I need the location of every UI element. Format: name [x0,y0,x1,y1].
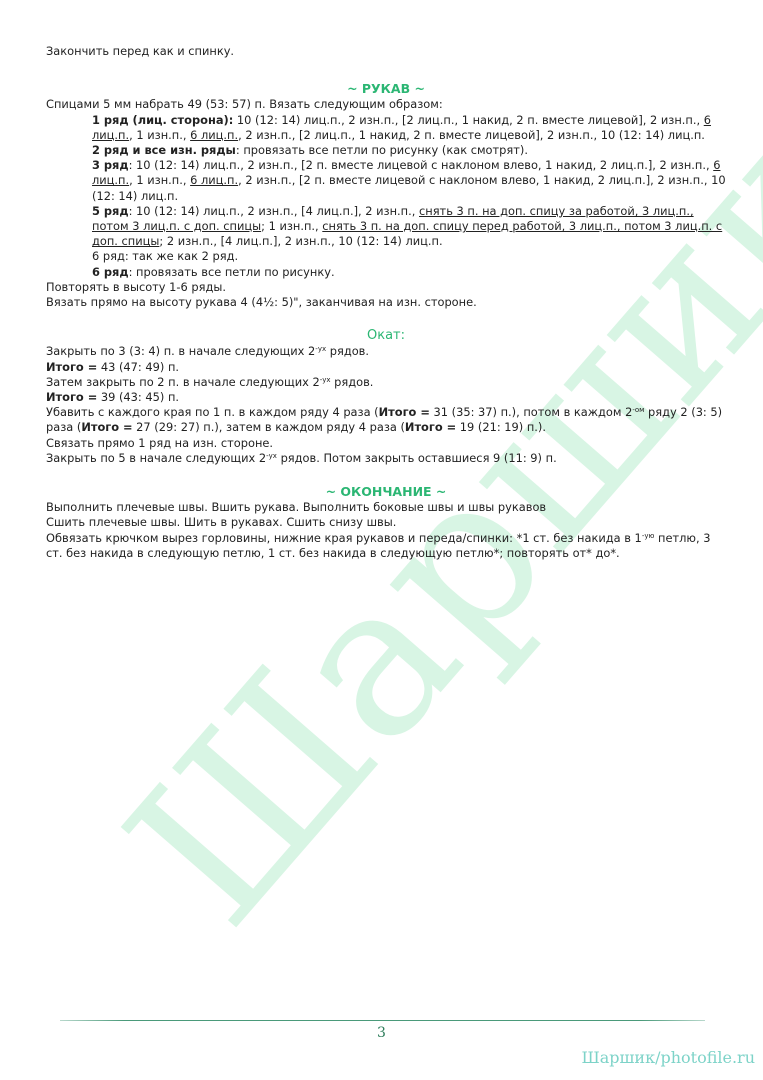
underlined-text: 6 лиц.п. [190,173,238,187]
row-text: 10 (12: 14) лиц.п., 2 изн.п., [2 лиц.п.,… [233,113,703,127]
row-text: : 10 (12: 14) лиц.п., 2 изн.п., [2 п. вм… [129,158,714,172]
row-text: : провязать все петли по рисунку (как см… [236,143,528,157]
sleeve-repeat: Повторять в высоту 1-6 ряды. [46,280,726,295]
total-label: Итого = [46,390,97,404]
document-page: Закончить перед как и спинку. ~ РУКАВ ~ … [46,44,726,561]
sleeve-row-3: 3 ряд: 10 (12: 14) лиц.п., 2 изн.п., [2 … [46,158,726,204]
cap-line-3: Связать прямо 1 ряд на изн. стороне. [46,436,726,451]
cap-line-4: Закрыть по 5 в начале следующих 2-ух ряд… [46,451,726,466]
finishing-line-1: Выполнить плечевые швы. Вшить рукава. Вы… [46,500,726,515]
total-label: Итого = [46,360,97,374]
cap-line-1: Закрыть по 3 (3: 4) п. в начале следующи… [46,344,726,359]
text: Закрыть по 3 (3: 4) п. в начале следующи… [46,344,315,358]
intro-text: Закончить перед как и спинку. [46,44,726,59]
page-number: 3 [0,1026,763,1041]
cap-line-2: Затем закрыть по 2 п. в начале следующих… [46,375,726,390]
finishing-heading: ~ ОКОНЧАНИЕ ~ [46,484,726,499]
total-label: Итого = [81,420,132,434]
sleeve-row-2: 2 ряд и все изн. ряды: провязать все пет… [46,143,726,158]
total-label: Итого = [379,405,430,419]
superscript: -ух [315,345,326,353]
row-label: 2 ряд и все изн. ряды [92,143,236,157]
cap-decrease: Убавить с каждого края по 1 п. в каждом … [46,405,726,435]
text: Убавить с каждого края по 1 п. в каждом … [46,405,379,419]
row-label: 3 ряд [92,158,129,172]
sleeve-row-6b: 6 ряд: провязать все петли по рисунку. [46,265,726,280]
text: Обвязать крючком вырез горловины, нижние… [46,531,642,545]
row-text: ; 1 изн.п., [261,219,322,233]
row-text: : 10 (12: 14) лиц.п., 2 изн.п., [4 лиц.п… [129,204,419,218]
row-text: ; 2 изн.п., [4 лиц.п.], 2 изн.п., 10 (12… [159,234,442,248]
row-text: , 1 изн.п., [129,128,190,142]
total-value: 43 (47: 49) п. [97,360,179,374]
site-watermark: Шаршик/photofile.ru [581,1050,755,1065]
row-text: : провязать все петли по рисунку. [129,265,335,279]
row-label: 1 ряд (лиц. сторона): [92,113,233,127]
sleeve-heading: ~ РУКАВ ~ [46,81,726,96]
text: 31 (35: 37) п.), потом в каждом 2 [430,405,632,419]
text: 27 (29: 27) п.), затем в каждом ряду 4 р… [133,420,405,434]
superscript: -ом [632,406,644,414]
row-label: 5 ряд [92,204,129,218]
sleeve-straight: Вязать прямо на высоту рукава 4 (4½: 5)"… [46,295,726,310]
superscript: -ух [320,376,331,384]
text: рядов. Потом закрыть оставшиеся 9 (11: 9… [277,451,557,465]
cap-total-2: Итого = 39 (43: 45) п. [46,390,726,405]
row-text: , 1 изн.п., [129,173,190,187]
finishing-line-3: Обвязать крючком вырез горловины, нижние… [46,531,726,561]
superscript: -ую [642,532,655,540]
text: рядов. [331,375,374,389]
sleeve-row-6a: 6 ряд: так же как 2 ряд. [46,249,726,264]
footer-divider [60,1020,705,1021]
row-text: , 2 изн.п., [2 лиц.п., 1 накид, 2 п. вме… [238,128,705,142]
cap-heading: Окат: [46,328,726,343]
total-label: Итого = [405,420,456,434]
sleeve-row-1: 1 ряд (лиц. сторона): 10 (12: 14) лиц.п.… [46,113,726,143]
text: Затем закрыть по 2 п. в начале следующих… [46,375,320,389]
text: рядов. [326,344,369,358]
total-value: 39 (43: 45) п. [97,390,179,404]
superscript: -ух [266,452,277,460]
row-label: 6 ряд [92,265,129,279]
text: Закрыть по 5 в начале следующих 2 [46,451,266,465]
cap-total-1: Итого = 43 (47: 49) п. [46,360,726,375]
underlined-text: 6 лиц.п. [190,128,238,142]
sleeve-row-5: 5 ряд: 10 (12: 14) лиц.п., 2 изн.п., [4 … [46,204,726,250]
sleeve-cast-on: Спицами 5 мм набрать 49 (53: 57) п. Вяза… [46,97,726,112]
finishing-line-2: Сшить плечевые швы. Шить в рукавах. Сшит… [46,515,726,530]
text: 19 (21: 19) п.). [456,420,546,434]
